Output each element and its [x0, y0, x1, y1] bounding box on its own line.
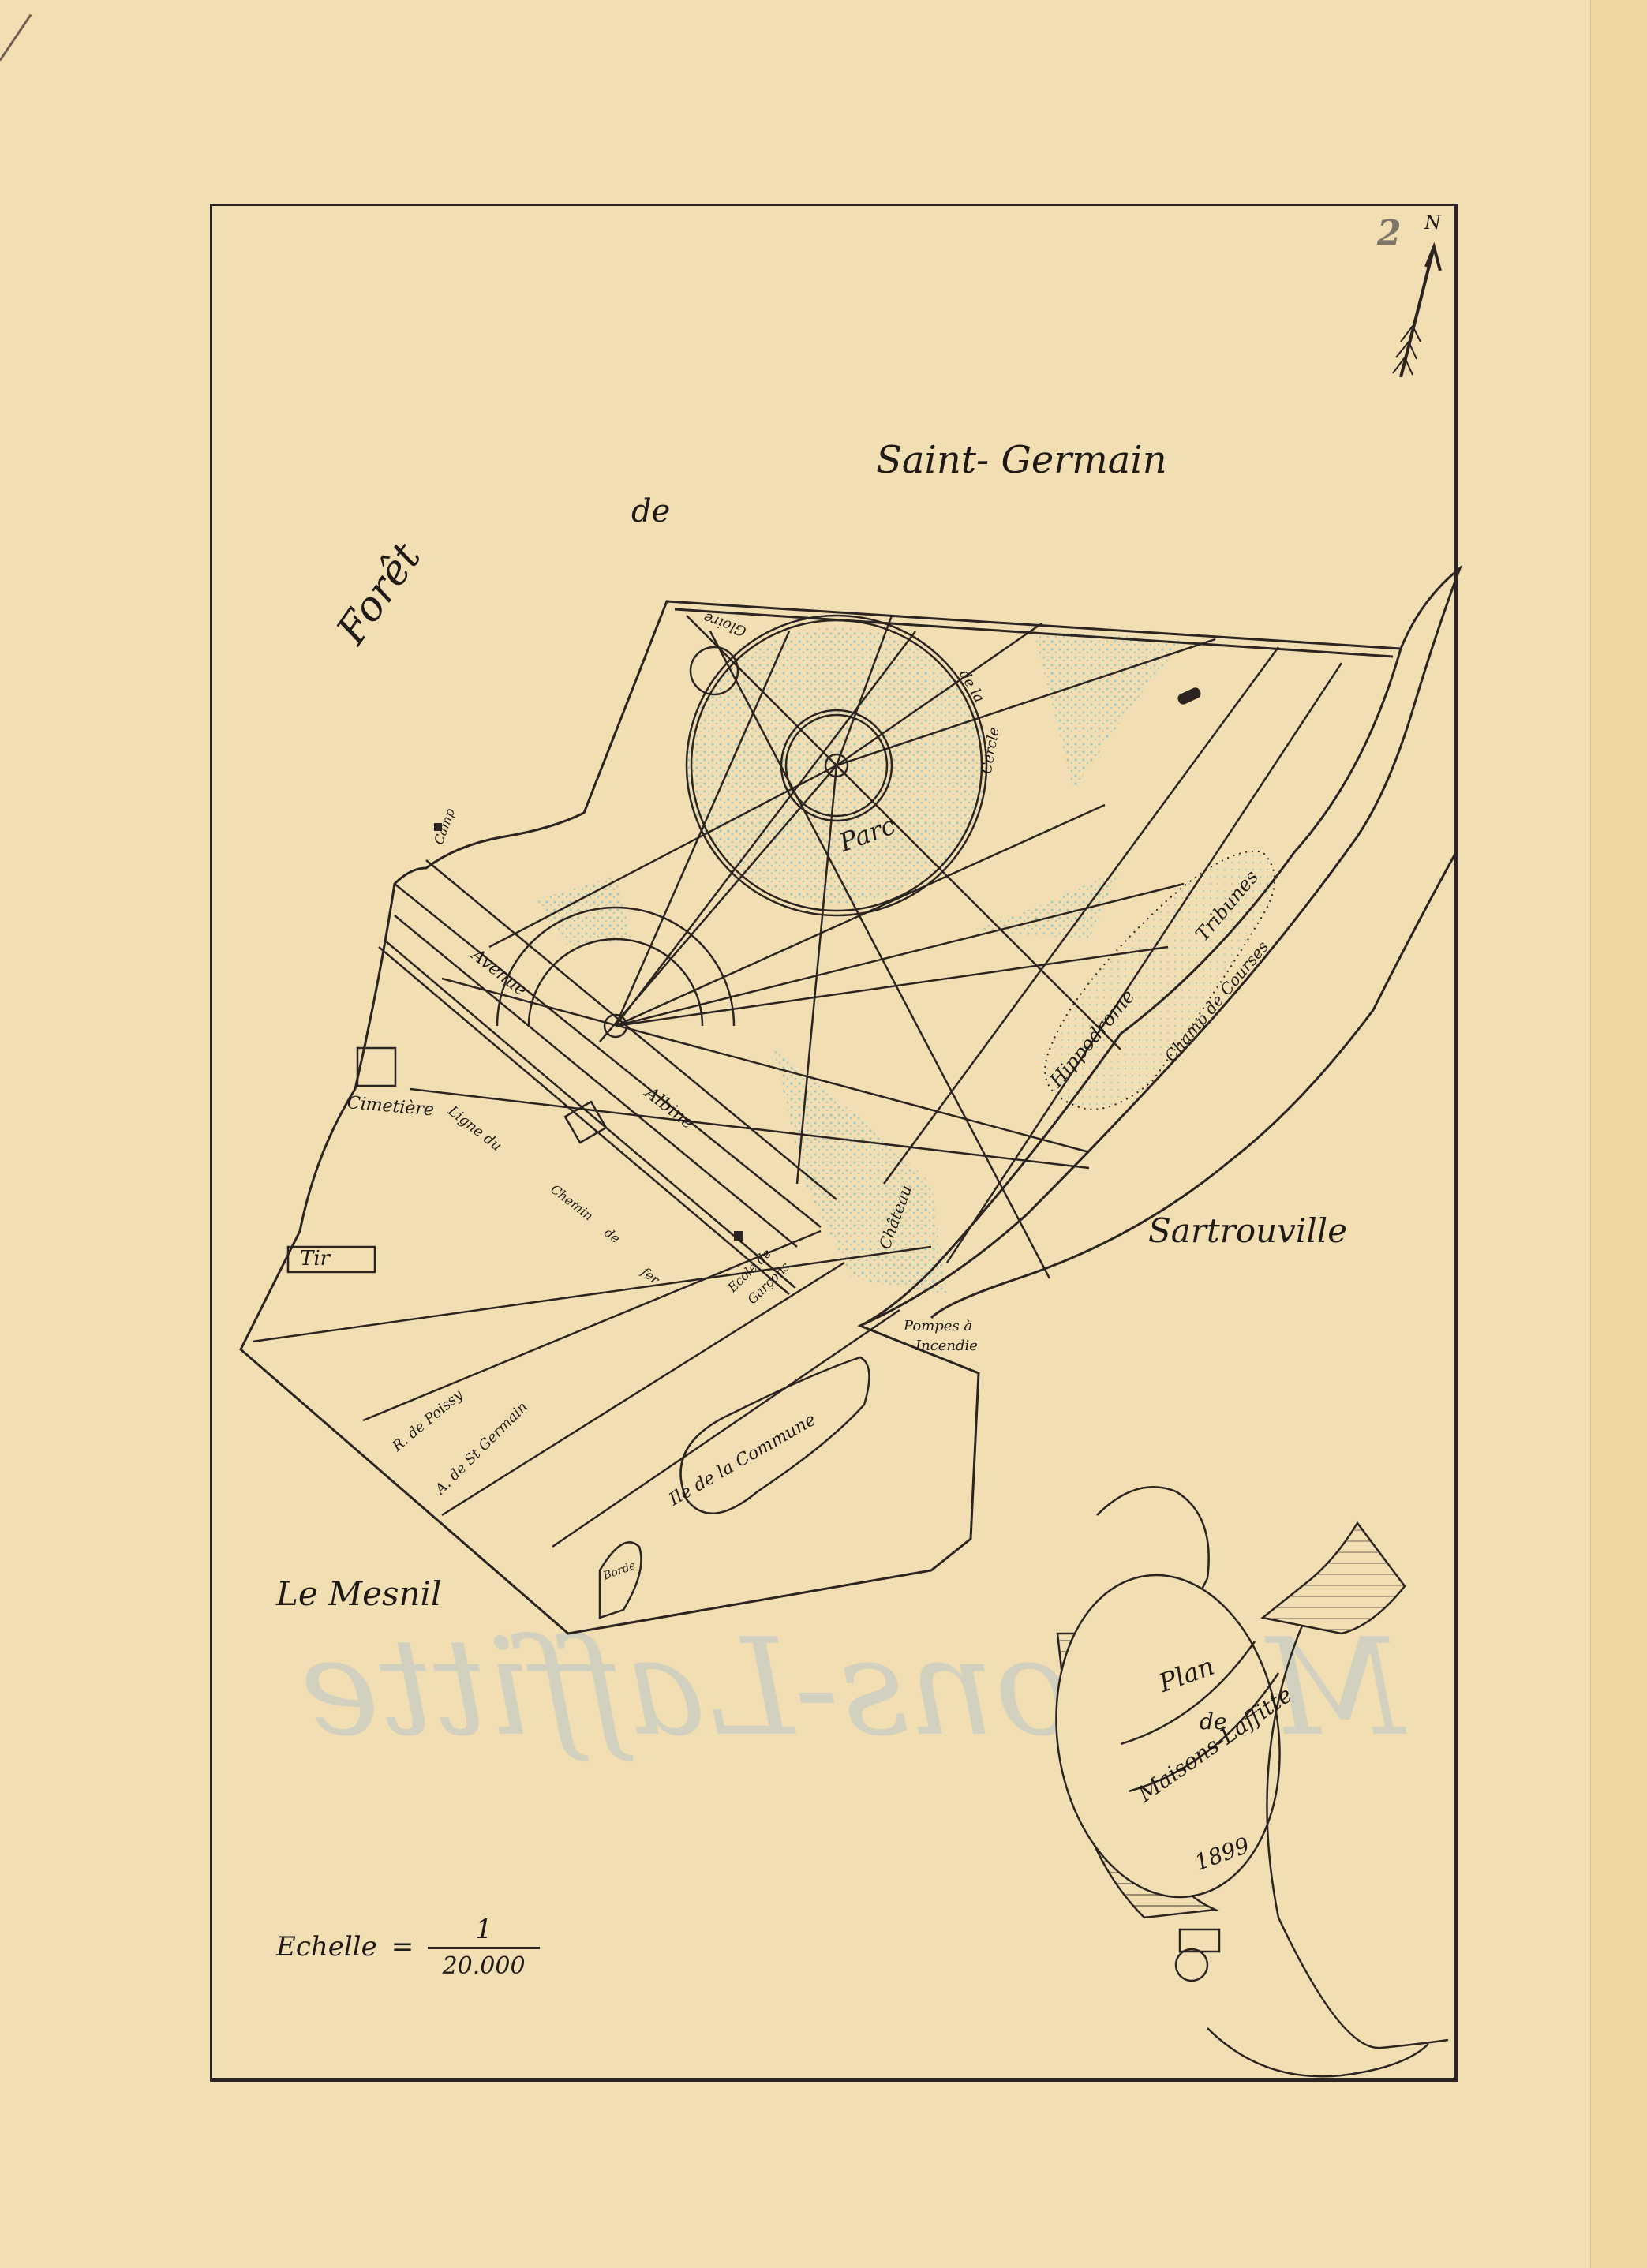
label-le-mesnil: Le Mesnil — [276, 1574, 441, 1613]
label-tir: Tir — [300, 1247, 330, 1271]
label-saint-germain: Saint- Germain — [876, 438, 1167, 482]
north-label: N — [1424, 211, 1441, 234]
forest-tint — [537, 627, 1184, 1294]
scale-equals: = — [391, 1931, 414, 1963]
label-pompes: Pompes à — [904, 1318, 972, 1334]
page-number: 2 — [1377, 213, 1402, 253]
label-de: de — [631, 493, 670, 530]
scale-fraction: 1 20.000 — [428, 1914, 540, 1980]
scale-label: Echelle — [276, 1931, 377, 1963]
label-sartrouville: Sartrouville — [1148, 1211, 1347, 1250]
scale-numerator: 1 — [428, 1914, 540, 1949]
label-incendie: Incendie — [915, 1338, 978, 1354]
scale-denominator: 20.000 — [443, 1949, 526, 1980]
scale-indicator: Echelle = 1 20.000 — [276, 1914, 540, 1980]
cartouche — [1036, 1487, 1448, 2076]
